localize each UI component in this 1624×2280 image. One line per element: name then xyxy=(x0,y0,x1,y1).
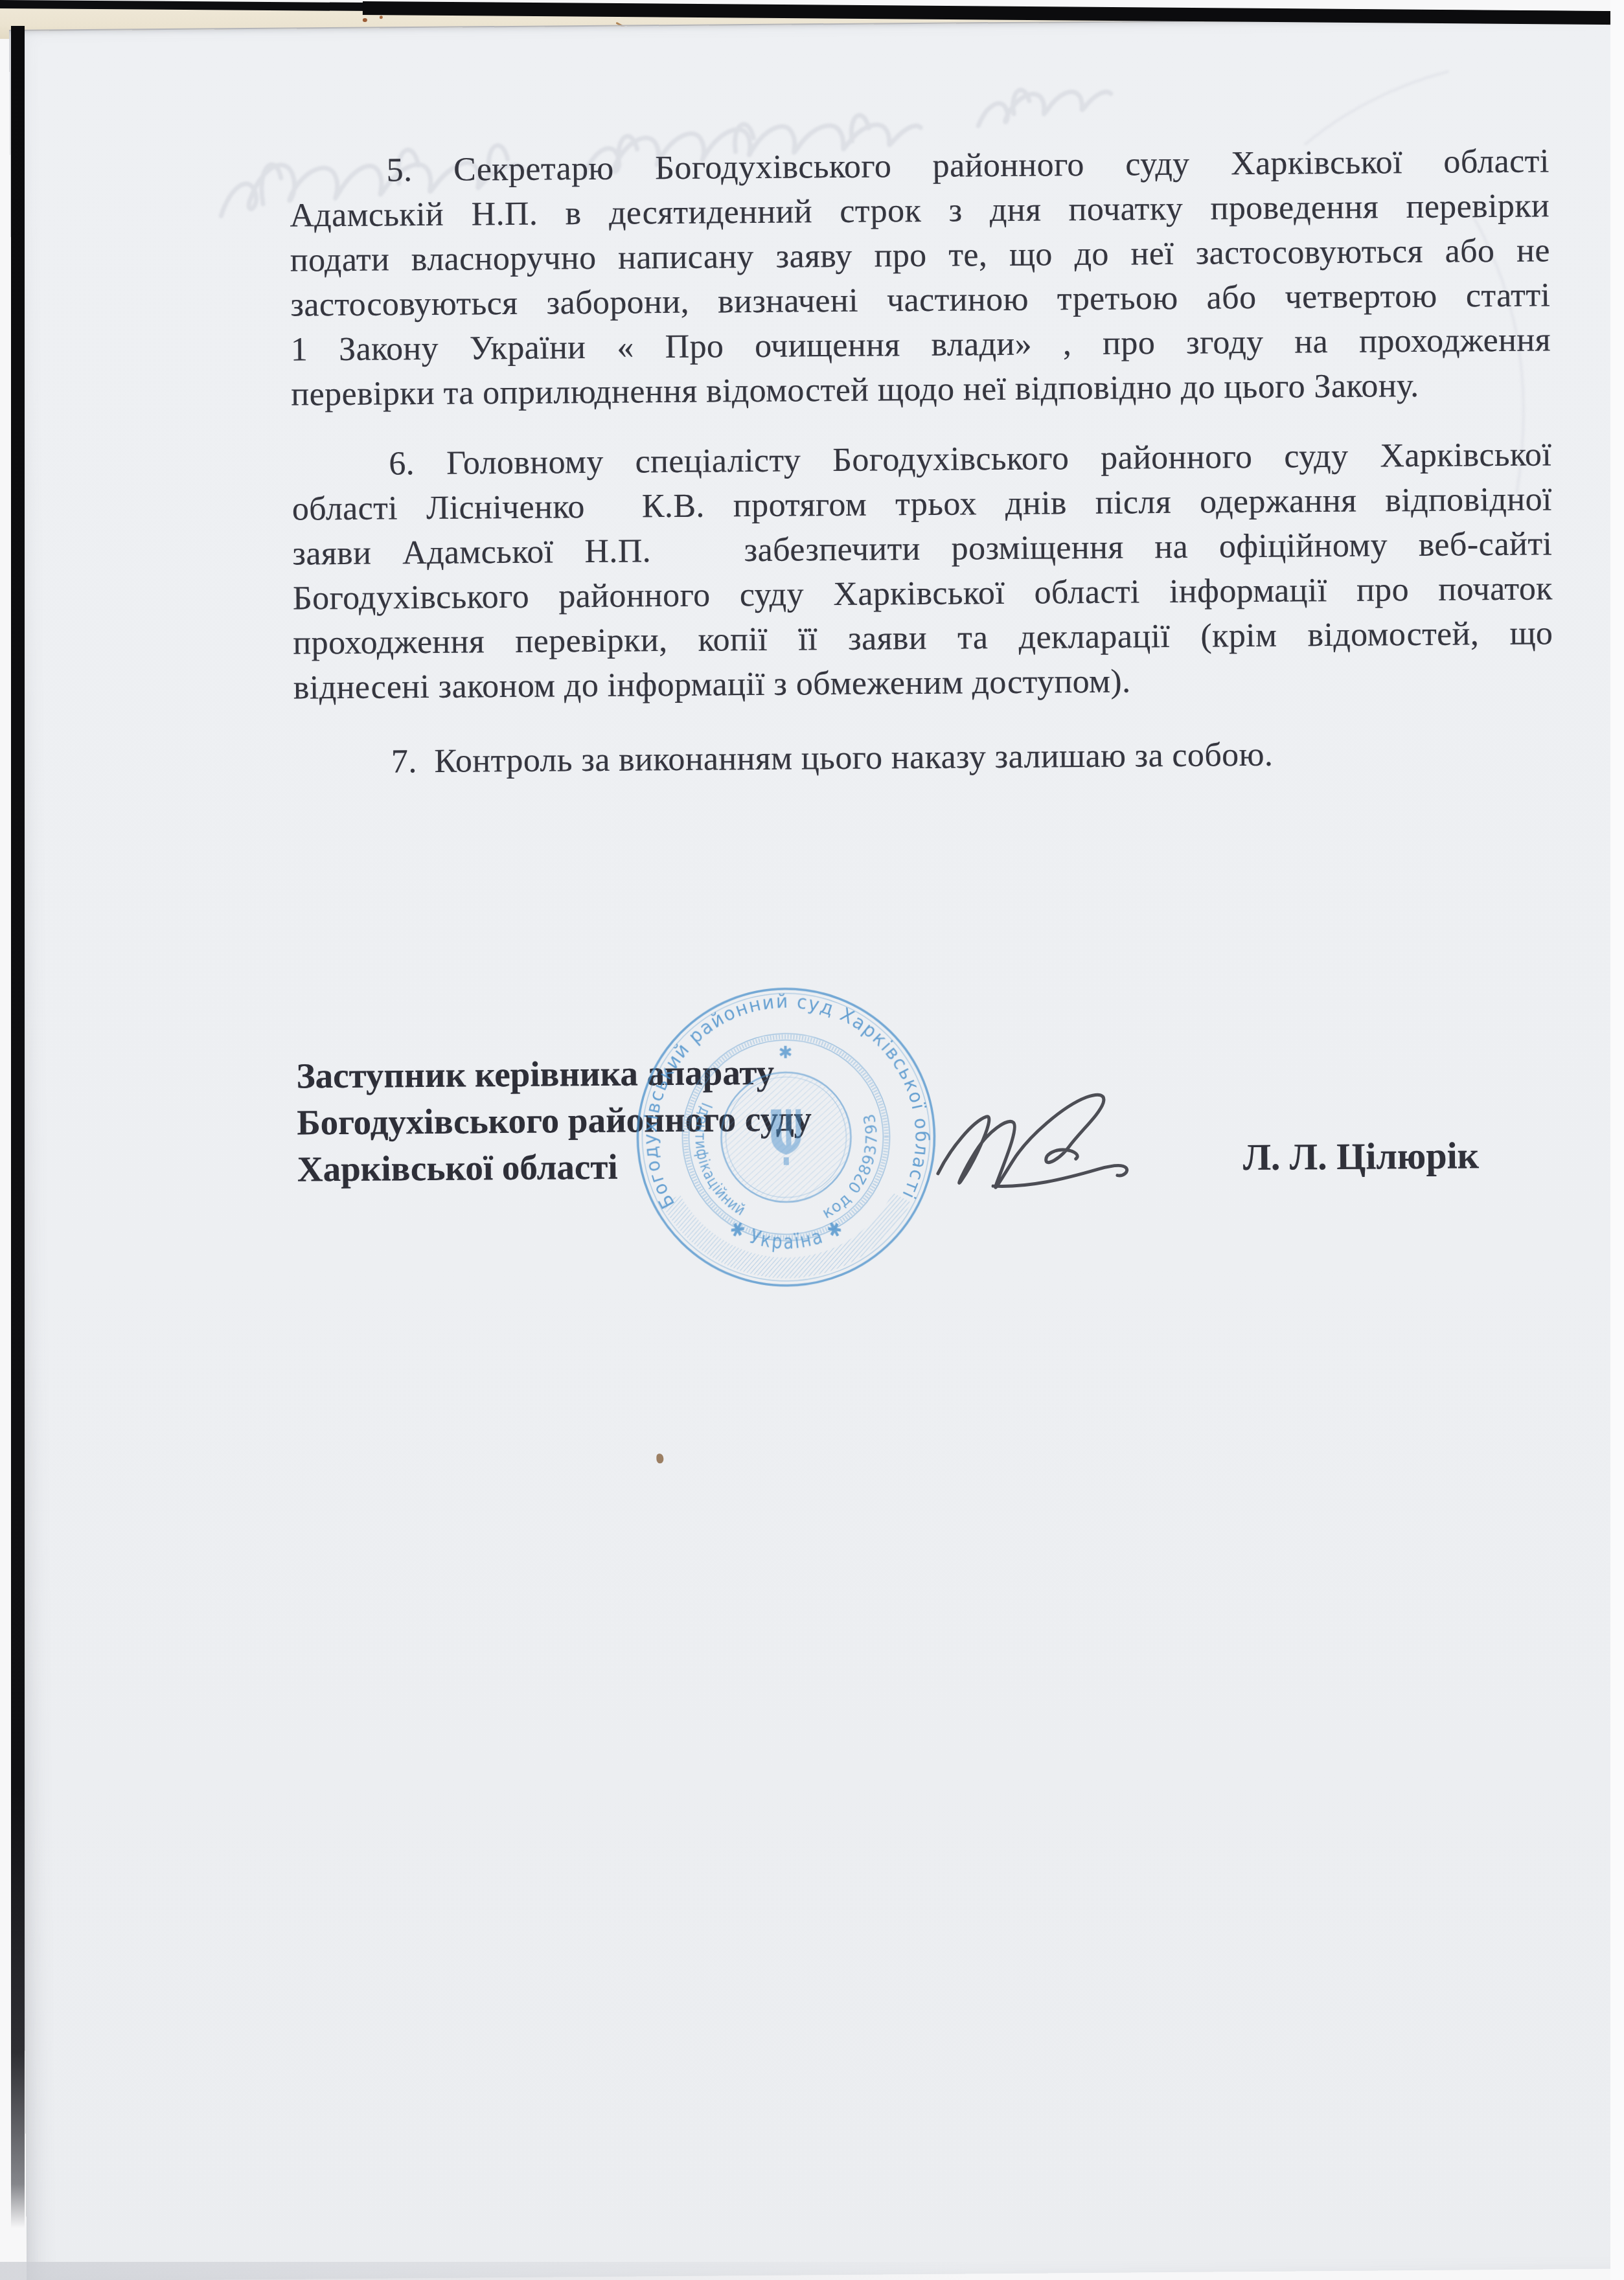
scan-bottom-shadow xyxy=(0,2262,972,2280)
paragraph-5: 5. Секретарю Богодухівського районного с… xyxy=(289,139,1551,416)
paper-speck xyxy=(656,1453,663,1463)
paper-speck xyxy=(380,16,383,19)
signatory-name: Л. Л. Цілюрік xyxy=(1242,1135,1479,1178)
paragraph-6: 6. Головному спеціалісту Богодухівського… xyxy=(292,432,1553,710)
text-line: віднесені законом до інформації з обмеже… xyxy=(293,655,1553,710)
court-seal-stamp: Богодухівський районний суд Харківської … xyxy=(633,984,940,1291)
stamp-country-text: ✱ Україна ✱ xyxy=(726,1216,848,1255)
scanned-document: { "document": { "paragraphs": { "p5": { … xyxy=(0,0,1624,2280)
stamp-top-separator-star: ✱ xyxy=(778,1042,792,1061)
text-line: 7. Контроль за виконанням цього наказу з… xyxy=(294,730,1554,784)
scan-right-margin xyxy=(1610,0,1624,2280)
scan-left-edge xyxy=(11,26,25,2228)
document-page: 5. Секретарю Богодухівського районного с… xyxy=(9,17,1624,2280)
paragraph-7: 7. Контроль за виконанням цього наказу з… xyxy=(294,730,1554,784)
handwritten-signature xyxy=(924,1032,1211,1248)
